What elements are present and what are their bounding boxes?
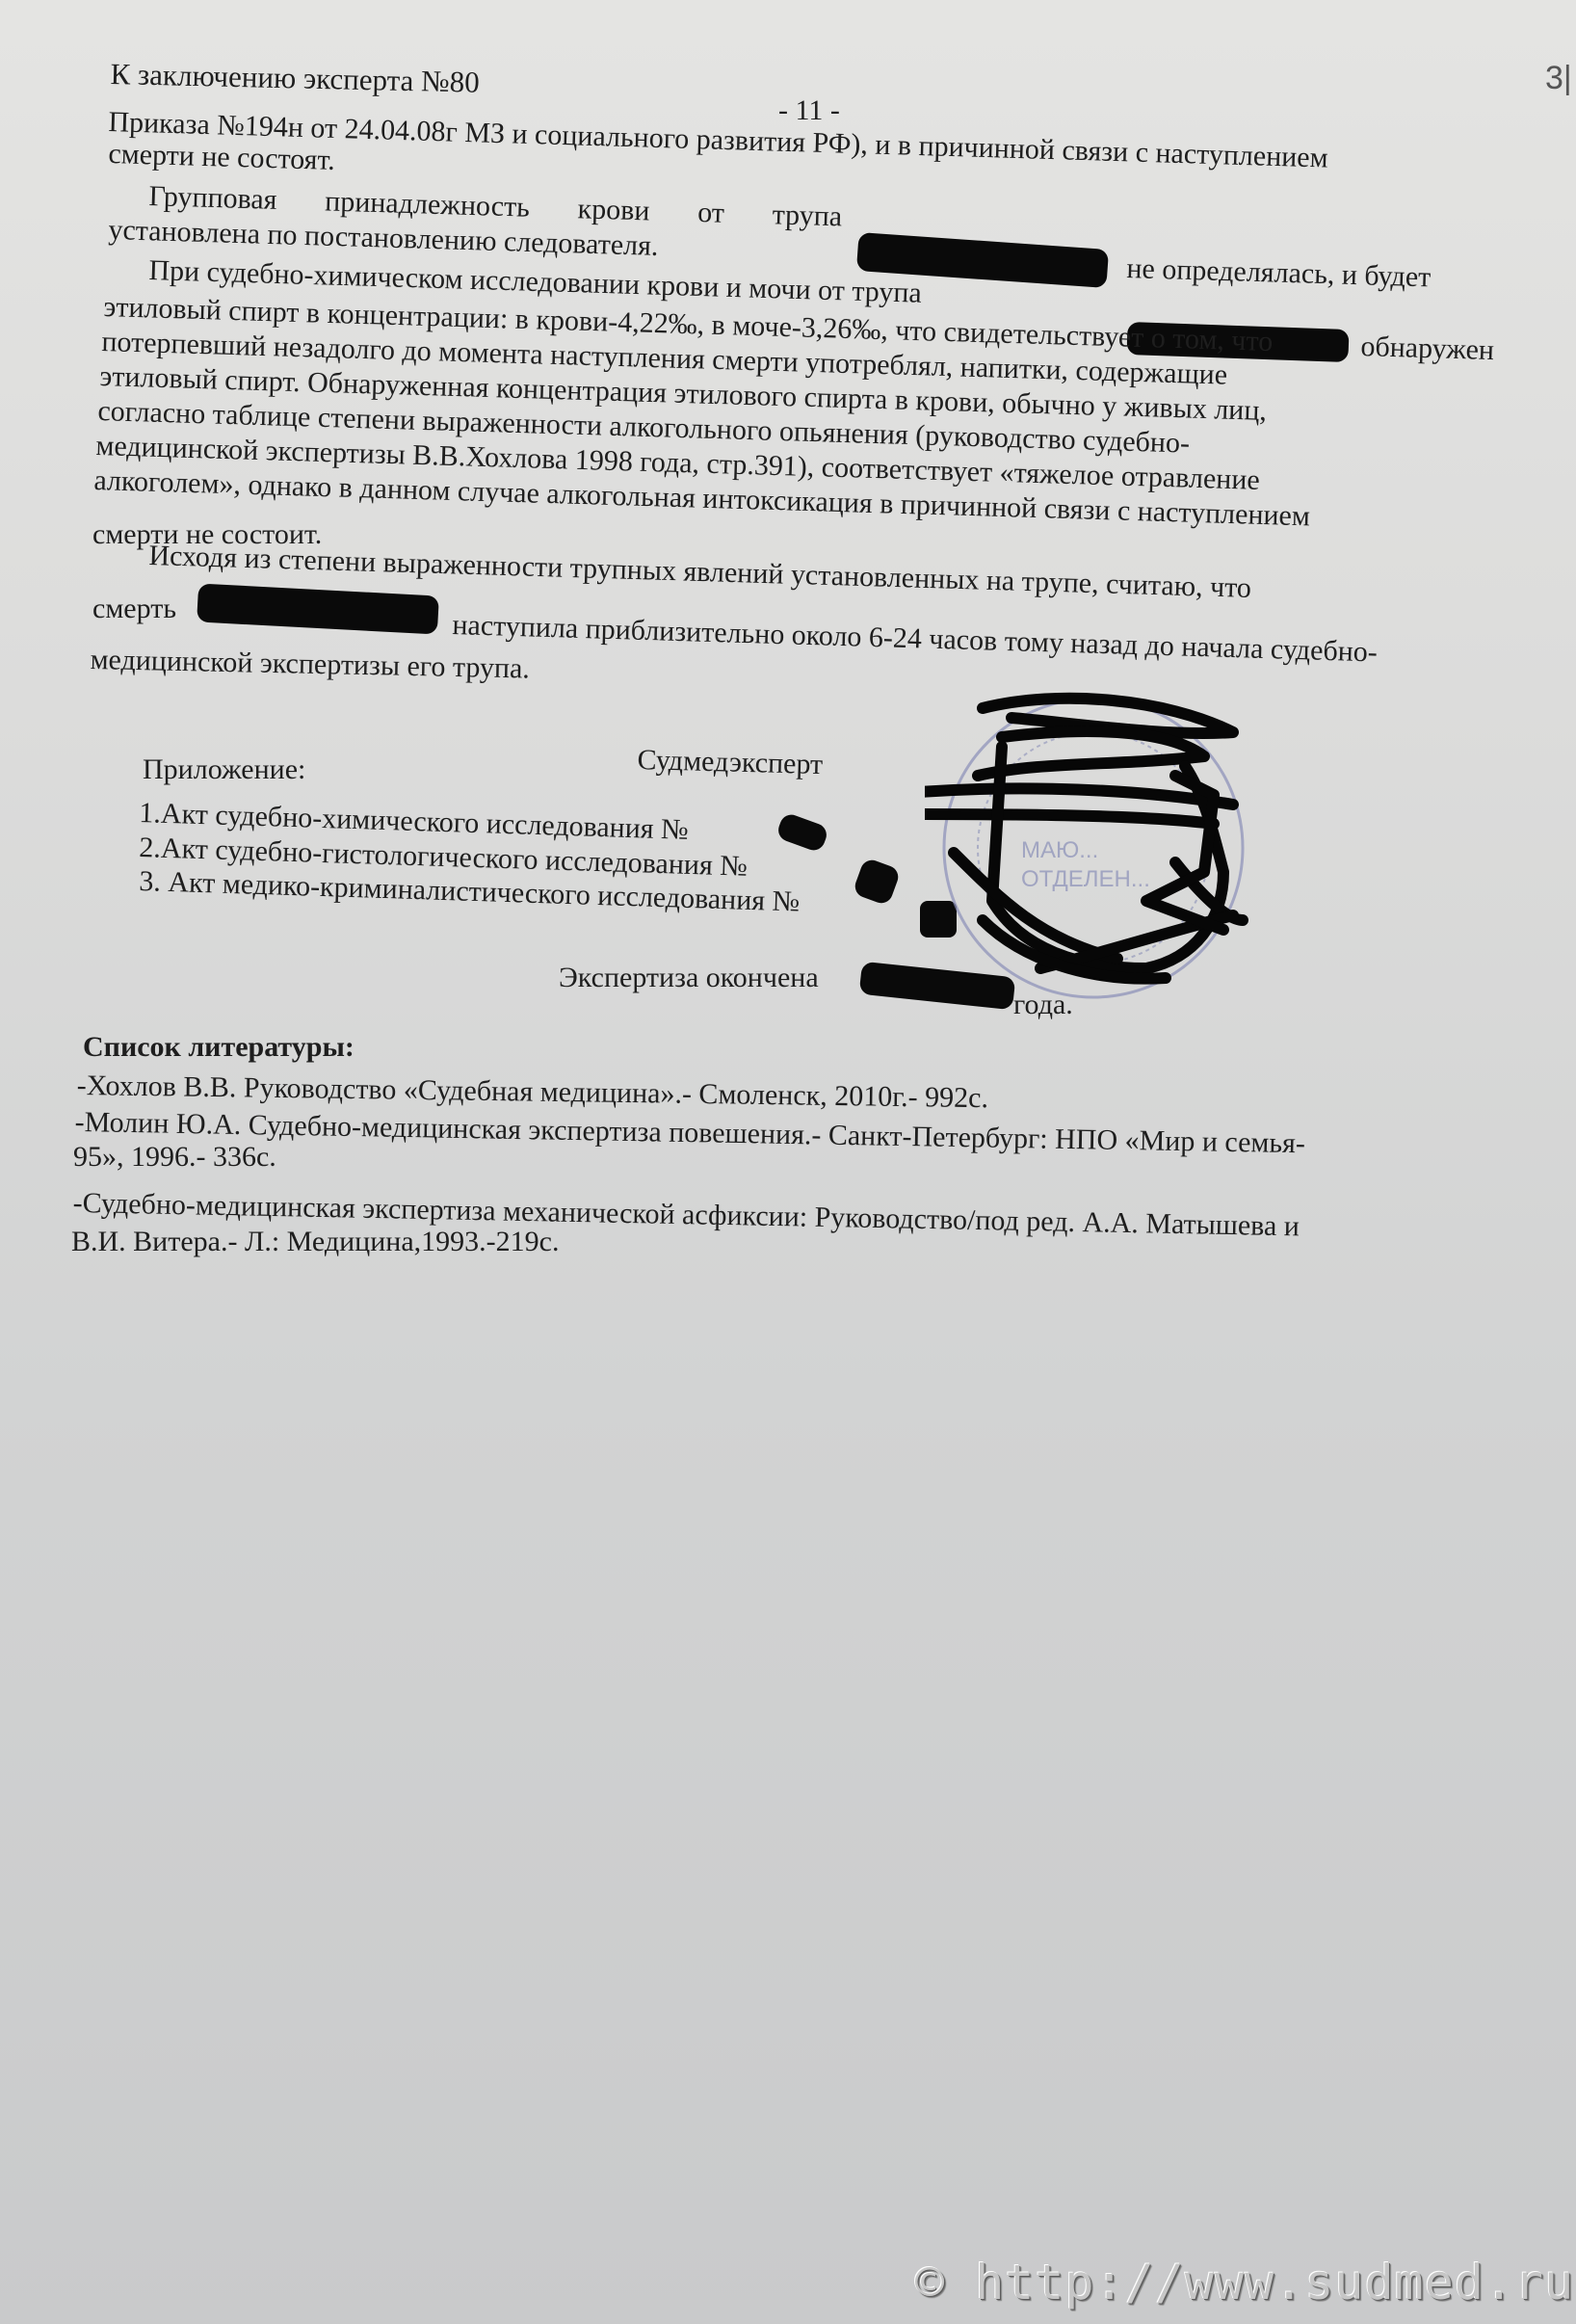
redaction-act-number [852,857,901,906]
paragraph-line: обнаружен [1360,330,1494,367]
svg-text:МАЮ...: МАЮ... [1021,837,1098,863]
stamp-scribble-icon: МАЮ... ОТДЕЛЕН... [925,679,1272,1007]
official-stamp: МАЮ... ОТДЕЛЕН... [925,679,1272,1007]
svg-text:ОТДЕЛЕН...: ОТДЕЛЕН... [1021,866,1150,892]
paragraph-line: смерти не состоят. [108,138,335,177]
reference-item: 95», 1996.- 336с. [73,1141,276,1174]
paragraph-line: смерть [92,593,176,625]
page-number: - 11 - [778,94,840,127]
paragraph-line: наступила приблизительно около 6-24 часо… [452,609,1378,669]
signature-role: Судмедэксперт [637,744,823,781]
document-header-title: К заключению эксперта №80 [110,58,480,99]
redaction-act-number [775,811,830,853]
appendix-title: Приложение: [143,753,305,786]
document-page: 3| К заключению эксперта №80 - 11 - Прик… [0,0,1576,2324]
references-title: Список литературы: [83,1031,355,1064]
site-watermark: © http://www.sudmed.ru [915,2255,1574,2311]
paragraph-line: медицинской экспертизы его трупа. [90,644,530,686]
page-corner-mark: 3| [1545,60,1572,97]
paragraph-line: не определялась, и будет [1126,252,1432,294]
completion-prefix: Экспертиза окончена [559,962,819,994]
redaction-name [197,583,439,634]
reference-item: В.И. Витера.- Л.: Медицина,1993.-219с. [71,1226,559,1258]
